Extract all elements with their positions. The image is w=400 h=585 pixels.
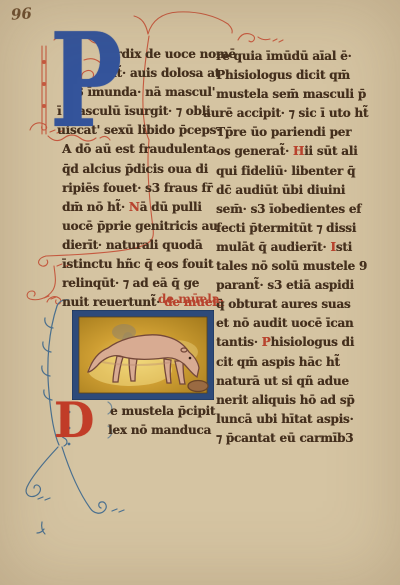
text-line: os generat̃· Hii sūt ali <box>216 142 396 161</box>
text-line: mulāt q̄ audierīt· Isti <box>216 238 396 257</box>
weasel-eye <box>189 357 192 360</box>
text-line: re quia īmūdū aīal ē· <box>216 47 396 66</box>
page-number: 96 <box>10 4 32 23</box>
manuscript-page: 96 <box>0 0 400 585</box>
text-line: q̄d alcius p̄dicis oua di <box>62 160 218 179</box>
text-line: aurē accipit· ⁊ sic ī uto ht̃ <box>203 104 396 123</box>
weasel-miniature <box>72 310 214 400</box>
right-text-column: re quia īmūdū aīal ē· Phisiologus dicit … <box>216 47 396 448</box>
text-line: dm̄ nō ht̃· Nā dū pulli <box>62 198 218 217</box>
text-line: fecti p̄termitūt ⁊ dissi <box>216 219 396 238</box>
prey <box>188 381 208 392</box>
text-line: dc̄ audiūt ūbi diuini <box>216 181 396 200</box>
text-line: tantis· Phisiologus di <box>216 333 396 352</box>
rubric-de-mustela: de mūela <box>158 292 220 306</box>
text-line: īstinctu hñc q̄ eos fouit <box>62 255 218 274</box>
text-line: parant̃· s3 etiā aspidi <box>216 276 396 295</box>
illuminated-initial-D: D <box>54 396 94 445</box>
text-line: luncā ubi hītat aspis· <box>216 410 396 429</box>
text-line: mustela sem̄ masculi p̄ <box>216 85 396 104</box>
text-line: q̄ obturat aures suas <box>216 295 396 314</box>
text-line: relinqūt· ⁊ ad eā q̄ ge <box>62 274 218 293</box>
text-line: ripiēs fouet· s3 fraus fr̄ <box>62 179 218 198</box>
text-line: ⁊ p̄cantat eū carmīb3 <box>216 429 396 448</box>
text-line: dierīt· naturali quodā <box>62 236 218 255</box>
illuminated-initial-P: P <box>50 16 122 146</box>
text-line: qui fideliū· libenter q̄ <box>216 162 396 181</box>
text-line: Phisiologus dicit qm̄ <box>216 66 396 85</box>
text-line: uocē p̄prie genitricis au <box>62 217 218 236</box>
text-line: cit qm̄ aspis hāc ht̃ <box>216 353 396 372</box>
text-line: et nō audit uocē īcan <box>216 314 396 333</box>
text-line: Tp̄re ūo pariendi per <box>216 123 396 142</box>
text-line: nerit aliquis hō ad sp̄ <box>216 391 396 410</box>
text-line: naturā ut si qñ adue <box>216 372 396 391</box>
text-line: sem̄· s3 īobedientes ef <box>216 200 396 219</box>
text-line: tales nō solū mustele 9 <box>216 257 396 276</box>
